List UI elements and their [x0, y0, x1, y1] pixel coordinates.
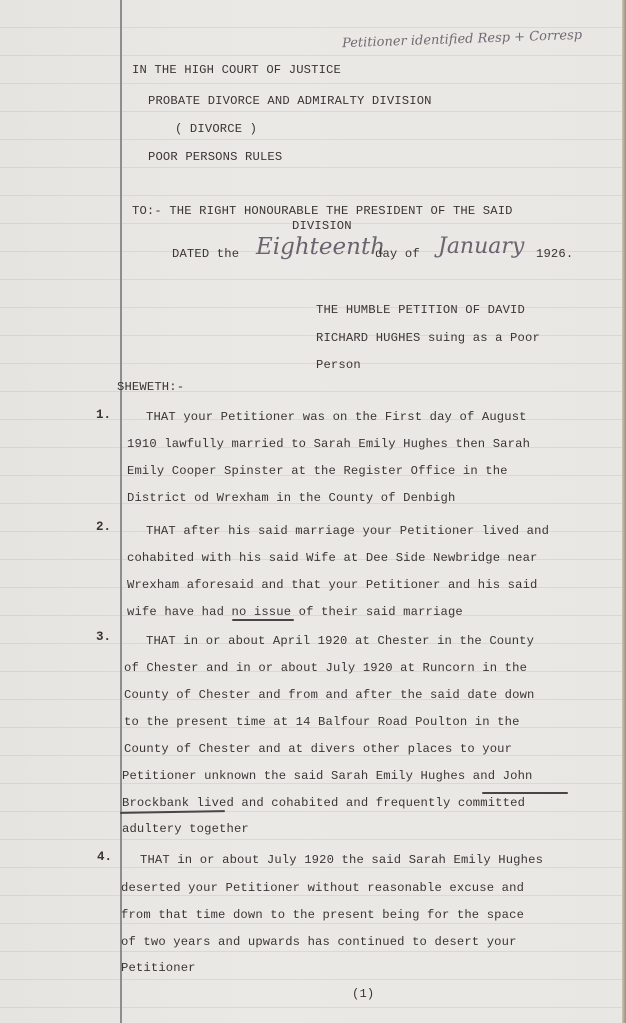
paragraph-line: Petitioner unknown the said Sarah Emily …	[122, 769, 533, 783]
paragraph-line: of two years and upwards has continued t…	[121, 935, 517, 949]
sheweth-label: SHEWETH:-	[117, 380, 184, 394]
paragraph-line: County of Chester and at divers other pl…	[124, 742, 512, 756]
paragraph-line: of Chester and in or about July 1920 at …	[124, 661, 527, 675]
handwritten-margin-note: Petitioner identified Resp + Corresp	[342, 28, 583, 51]
paragraph-line: Wrexham aforesaid and that your Petition…	[127, 578, 538, 592]
address-line-1: TO:- THE RIGHT HONOURABLE THE PRESIDENT …	[132, 204, 513, 218]
date-day-handwritten: Eighteenth	[256, 234, 385, 260]
paragraph-line: Emily Cooper Spinster at the Register Of…	[127, 464, 508, 478]
date-prefix: DATED the	[172, 247, 239, 261]
paragraph-line: adultery together	[122, 822, 249, 836]
page-edge	[622, 0, 626, 1023]
paragraph-number: 4.	[97, 850, 112, 864]
underline-no-issue	[232, 619, 294, 621]
margin-rule	[120, 0, 122, 1023]
paragraph-line: wife have had no issue of their said mar…	[127, 605, 463, 619]
paragraph-line: County of Chester and from and after the…	[124, 688, 535, 702]
paragraph-line: cohabited with his said Wife at Dee Side…	[127, 551, 538, 565]
page-number: (1)	[352, 987, 374, 1001]
paragraph-number: 3.	[96, 630, 111, 644]
underline-brockbank	[120, 810, 225, 813]
paragraph-number: 2.	[96, 520, 111, 534]
date-middle: day of	[375, 247, 420, 261]
paragraph-line: District od Wrexham in the County of Den…	[127, 491, 455, 505]
rules-heading: POOR PERSONS RULES	[148, 150, 282, 164]
subdivision-heading: ( DIVORCE )	[175, 122, 257, 136]
date-month-handwritten: January	[438, 234, 524, 259]
paragraph-line: THAT in or about July 1920 the said Sara…	[140, 853, 543, 867]
date-year: 1926.	[536, 247, 573, 261]
petition-title-line-1: THE HUMBLE PETITION OF DAVID	[316, 303, 525, 317]
paragraph-line: 1910 lawfully married to Sarah Emily Hug…	[127, 437, 530, 451]
paragraph-number: 1.	[96, 408, 111, 422]
court-heading: IN THE HIGH COURT OF JUSTICE	[132, 63, 341, 77]
paragraph-line: THAT after his said marriage your Petiti…	[146, 524, 549, 538]
petition-title-line-2: RICHARD HUGHES suing as a Poor	[316, 331, 540, 345]
paragraph-line: THAT your Petitioner was on the First da…	[146, 410, 527, 424]
paragraph-line: from that time down to the present being…	[121, 908, 524, 922]
paragraph-line: Brockbank lived and cohabited and freque…	[122, 796, 525, 810]
paragraph-line: deserted your Petitioner without reasona…	[121, 881, 524, 895]
paragraph-line: THAT in or about April 1920 at Chester i…	[146, 634, 534, 648]
address-line-2: DIVISION	[292, 219, 352, 233]
paragraph-line: Petitioner	[121, 961, 196, 975]
paragraph-line: to the present time at 14 Balfour Road P…	[124, 715, 520, 729]
underline-and-john	[482, 792, 568, 794]
petition-title-line-3: Person	[316, 358, 361, 372]
document-page: Petitioner identified Resp + Corresp IN …	[0, 0, 626, 1023]
division-heading: PROBATE DIVORCE AND ADMIRALTY DIVISION	[148, 94, 432, 108]
